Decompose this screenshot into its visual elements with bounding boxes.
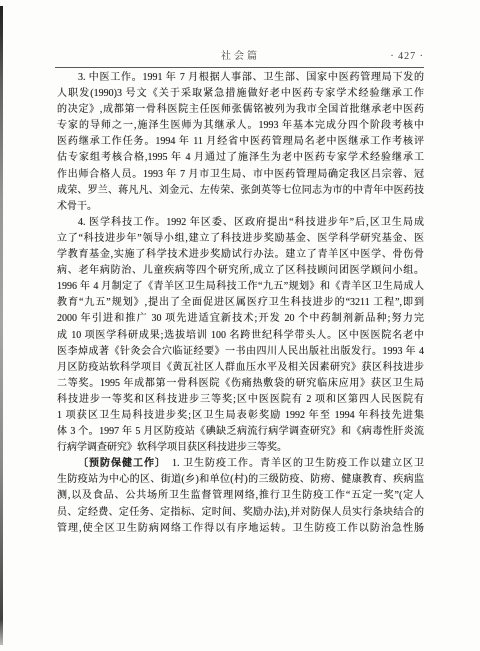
text-line: 成 10 项医学科研成果;选拔培训 100 名跨世纪科学带头人。区中医医院名老中 <box>57 328 424 344</box>
text-line: 作出师合格人员。1993 年 7 月市卫生局、市中医药管理局确定我区吕宗蓉、冠 <box>57 167 424 183</box>
text-line: 医药继承工作任务。1994 年 11 月经省中医药管理局名老中医继承工作考核评 <box>57 134 424 150</box>
text-line: 员、定经费、定任务、定指标、定时间、奖励办法),并对防保人员实行条块结合的 <box>57 505 424 521</box>
text-line: 专家的导师之一,施泽生医师为其继承人。1993 年基本完成分四个阶段考核中 <box>57 118 424 134</box>
text-line: 术骨干。 <box>57 199 424 215</box>
text-line: 体 3 个。1997 年 5 月区防疫站《碘缺乏病流行病学调查研究》和《病毒性肝… <box>57 424 424 440</box>
page-body: 3. 中医工作。1991 年 7 月根据人事部、卫生部、国家中医药管理局下发的人… <box>57 70 424 537</box>
section-heading: 〔预防保健工作〕 <box>78 458 161 469</box>
text-line: 人职发(1990)3 号文《关于采取紧急措施做好老中医药专家学术经验继承工作 <box>57 86 424 102</box>
text-line: 二等奖。1995 年成都第一骨科医院《伤痛热敷袋的研究临床应用》获区卫生局 <box>57 376 424 392</box>
text-line: 2000 年引进和推广 30 项先进适宜新技术;开发 20 个中药制剂新品种;努… <box>57 311 424 327</box>
header-rule <box>55 67 424 68</box>
text-line: 〔预防保健工作〕 1. 卫生防疫工作。青羊区的卫生防疫工作以建立区卫 <box>57 456 424 472</box>
text-line: 1996 年 4 月制定了《青羊区卫生局科技工作“九五”规划》和《青羊区卫生局成… <box>57 279 424 295</box>
scanned-page: 社会篇 · 427 · 3. 中医工作。1991 年 7 月根据人事部、卫生部、… <box>0 0 480 651</box>
text-line: 教育“九五”规划》,提出了全面促进区属医疗卫生科技进步的“3211 工程”,即到 <box>57 295 424 311</box>
page-number: · 427 · <box>390 51 424 63</box>
text-line: 3. 中医工作。1991 年 7 月根据人事部、卫生部、国家中医药管理局下发的 <box>57 70 424 86</box>
text-line: 学教育基金,实施了科学技术进步奖励试行办法。建立了青羊区中医学、骨伤骨 <box>57 247 424 263</box>
page-header: 社会篇 · 427 · <box>57 51 424 65</box>
text-line: 病、老年病防治、儿童疾病等四个研究所,成立了区科技顾问团医学顾问小组。 <box>57 263 424 279</box>
text-line: 测,以及食品、公共场所卫生监督管理网络,推行卫生防疫工作“五定一奖”(定人 <box>57 488 424 504</box>
text-line: 估专家组考核合格,1995 年 4 月通过了施泽生为老中医药专家学术经验继承工 <box>57 150 424 166</box>
text-line: 4. 医学科技工作。1992 年区委、区政府提出“科技进步年”后,区卫生局成 <box>57 215 424 231</box>
section-title: 社会篇 <box>221 51 260 63</box>
text-line: 科技进步一等奖和区科技进步三等奖;区中医医院有 2 项和区第四人民医院有 <box>57 392 424 408</box>
text-line: 月区防疫站软科学项目《黄瓦社区人群血压水平及相关因素研究》获区科技进步 <box>57 360 424 376</box>
text-line: 成荣、罗兰、蒋凡凡、刘金元、左传荣、张剑英等七位同志为市的中青年中医药技 <box>57 183 424 199</box>
text-line: 医李焯成著《针灸会合穴临证经要》一书由四川人民出版社出版发行。1993 年 4 <box>57 344 424 360</box>
text-line: 行病学调查研究》软科学项目获区科技进步三等奖。 <box>57 440 424 456</box>
text-line: 生防疫站为中心的区、街道(乡)和单位(村)的三级防疫、防痨、健康教育、疾病监 <box>57 472 424 488</box>
scan-edge-artifact <box>0 6 3 645</box>
text-line: 的决定》,成都第一骨科医院主任医师张儒铭被列为我市全国首批继承老中医药 <box>57 102 424 118</box>
text-line: 1 项获区卫生局科技进步奖;区卫生局表彰奖励 1992 年至 1994 年科技先… <box>57 408 424 424</box>
text-line: 管理,使全区卫生防病网络工作得以有序地运转。卫生防疫工作以防治急性肠 <box>57 521 424 537</box>
text-line: 立了“科技进步年”领导小组,建立了科技进步奖励基金、医学科学研究基金、医 <box>57 231 424 247</box>
